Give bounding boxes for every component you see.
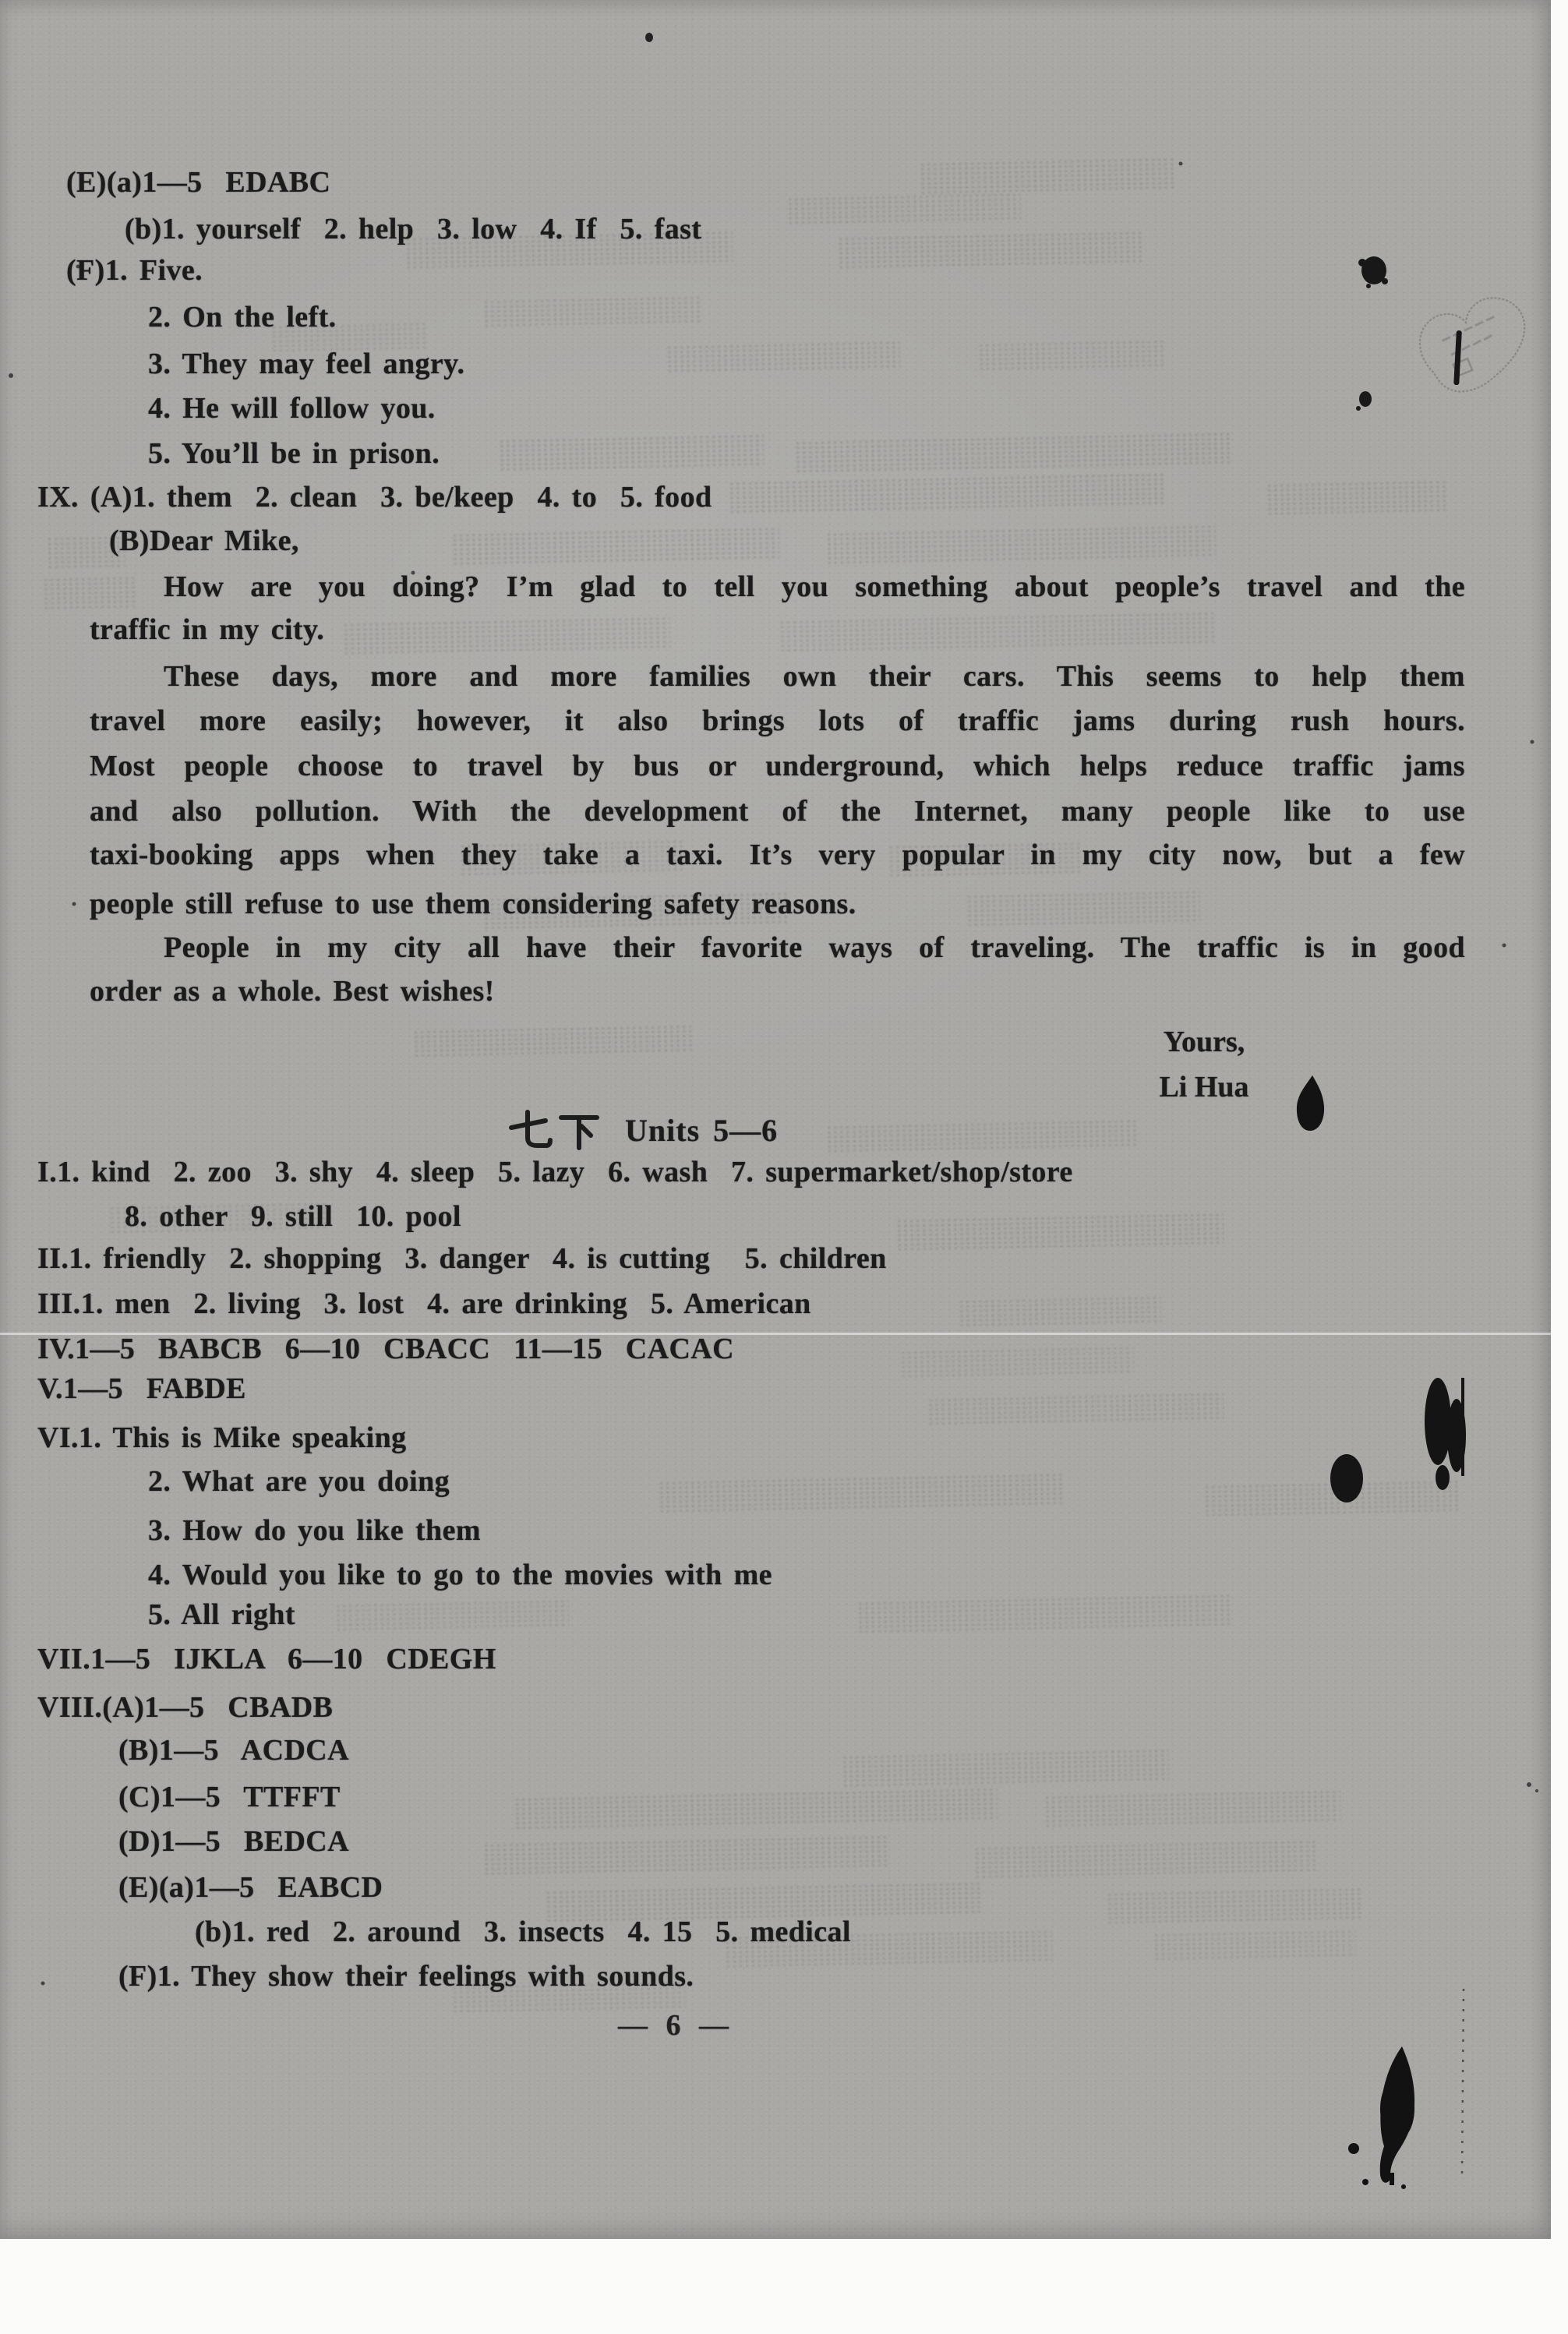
answer-line: How are you doing? I’m glad to tell you … <box>164 570 1465 604</box>
bleedthrough-smudge <box>838 231 1142 270</box>
signature-name: Li Hua <box>1134 1070 1274 1104</box>
signature-closing: Yours, <box>1134 1025 1274 1059</box>
bleedthrough-smudge <box>779 611 1217 655</box>
ink-blot-double <box>1425 1378 1466 1490</box>
answer-line: (E)(a)1—5 EDABC <box>66 165 330 200</box>
answer-line: 3. They may feel angry. <box>148 347 464 381</box>
answer-line: Most people choose to travel by bus or u… <box>90 749 1465 783</box>
bleedthrough-smudge <box>659 1473 1065 1513</box>
bleedthrough-smudge <box>974 1839 1318 1877</box>
bleedthrough-smudge <box>335 1599 570 1632</box>
bleedthrough-smudge <box>514 1788 998 1832</box>
bleedthrough-smudge <box>452 527 780 568</box>
bleedthrough-smudge <box>413 1024 694 1058</box>
bleedthrough-smudge <box>826 1119 1139 1152</box>
answer-line: VII.1—5 IJKLA 6—10 CDEGH <box>37 1642 496 1676</box>
answer-line: (C)1—5 TTFFT <box>118 1780 341 1814</box>
bleedthrough-smudge <box>499 433 765 470</box>
bleedthrough-smudge <box>1044 1789 1341 1827</box>
answer-line: taxi-booking apps when they take a taxi.… <box>90 838 1465 872</box>
answer-line: (E)(a)1—5 EABCD <box>118 1870 383 1905</box>
answer-line: V.1—5 FABDE <box>37 1372 246 1406</box>
answer-line: VIII.(A)1—5 CBADB <box>37 1690 333 1725</box>
bleedthrough-smudge <box>1153 1929 1357 1961</box>
answer-line: 8. other 9. still 10. pool <box>125 1199 461 1234</box>
answer-line: These days, more and more families own t… <box>164 659 1465 694</box>
teacher-stamp <box>1414 293 1534 397</box>
answer-line: 5. All right <box>148 1598 295 1632</box>
answer-line: 2. On the left. <box>148 300 337 334</box>
screenshot-root: { "document": { "kind": "scanned-answer-… <box>0 0 1568 2334</box>
bleedthrough-smudge <box>666 341 901 375</box>
bleedthrough-smudge <box>966 890 1201 926</box>
answer-line: IV.1—5 BABCB 6—10 CBACC 11—15 CACAC <box>37 1332 734 1366</box>
answer-line: (b)1. red 2. around 3. insects 4. 15 5. … <box>195 1915 851 1949</box>
ink-speck <box>645 33 653 42</box>
bleedthrough-smudge <box>1266 480 1446 515</box>
bleedthrough-smudge <box>343 616 671 655</box>
answer-line: III.1. men 2. living 3. lost 4. are drin… <box>37 1287 811 1321</box>
bleedthrough-smudge <box>826 524 1217 567</box>
bleedthrough-smudge <box>729 472 1166 516</box>
answer-line: 3. How do you like them <box>148 1513 481 1548</box>
bleedthrough-smudge <box>1107 1887 1365 1924</box>
answer-line: 5. You’ll be in prison. <box>148 436 440 471</box>
answer-line: people still refuse to use them consider… <box>90 887 856 921</box>
cjk-glyphs-qixia <box>505 1109 600 1151</box>
bleedthrough-smudge <box>896 1213 1224 1251</box>
answer-line: VI.1. This is Mike speaking <box>37 1421 407 1455</box>
answer-line: (B)1—5 ACDCA <box>118 1733 349 1767</box>
answer-line: People in my city all have their favorit… <box>164 930 1465 965</box>
pen-streak <box>1453 330 1462 385</box>
answer-line: and also pollution. With the development… <box>90 794 1465 828</box>
answer-line: II.1. friendly 2. shopping 3. danger 4. … <box>37 1241 887 1276</box>
ink-blot-signature <box>1297 1075 1324 1131</box>
answer-line: 2. What are you doing <box>148 1464 450 1499</box>
bleedthrough-smudge <box>787 192 1022 225</box>
page-number: — 6 — <box>546 2008 803 2043</box>
ink-blot-large <box>1348 2046 1414 2189</box>
answer-line: traffic in my city. <box>90 613 324 647</box>
bleedthrough-smudge <box>483 295 702 328</box>
heading-latin-text: Units 5—6 <box>625 1112 778 1149</box>
ink-splat-small <box>1356 391 1372 411</box>
ink-blot-round <box>1330 1454 1363 1502</box>
bleedthrough-smudge <box>959 1295 1162 1327</box>
dotted-fold-line <box>1462 1989 1464 2176</box>
answer-line: IX. (A)1. them 2. clean 3. be/keep 4. to… <box>37 480 712 514</box>
answer-line: 4. He will follow you. <box>148 391 436 425</box>
bleedthrough-smudge <box>900 1346 1135 1379</box>
answer-line: I.1. kind 2. zoo 3. shy 4. sleep 5. lazy… <box>37 1155 1073 1189</box>
answer-line: (D)1—5 BEDCA <box>118 1824 349 1859</box>
bleedthrough-smudge <box>920 157 1178 194</box>
bleedthrough-smudge <box>927 1392 1224 1426</box>
answer-line: (F)1. They show their feelings with soun… <box>118 1959 694 1993</box>
answer-line: 4. Would you like to go to the movies wi… <box>148 1558 772 1592</box>
bleedthrough-smudge <box>43 576 137 613</box>
section-heading: 七下 Units 5—6 <box>505 1109 778 1151</box>
bleedthrough-smudge <box>483 1835 889 1877</box>
answer-line: (B)Dear Mike, <box>109 524 299 558</box>
bleedthrough-smudge <box>978 339 1166 373</box>
ink-splat <box>1358 256 1388 288</box>
bleedthrough-smudge <box>795 432 1232 475</box>
bleedthrough-smudge <box>857 1594 1232 1633</box>
answer-line: (b)1. yourself 2. help 3. low 4. If 5. f… <box>125 212 701 246</box>
scanned-page: 七下 Units 5—6 Yours, Li Hua — 6 — <box>0 0 1551 2239</box>
answer-line: travel more easily; however, it also bri… <box>90 704 1465 738</box>
bleedthrough-smudge <box>1204 1480 1462 1517</box>
answer-line: order as a whole. Best wishes! <box>90 974 495 1008</box>
bleedthrough-smudge <box>842 1749 1170 1787</box>
answer-line: (F)1. Five. <box>66 253 203 288</box>
